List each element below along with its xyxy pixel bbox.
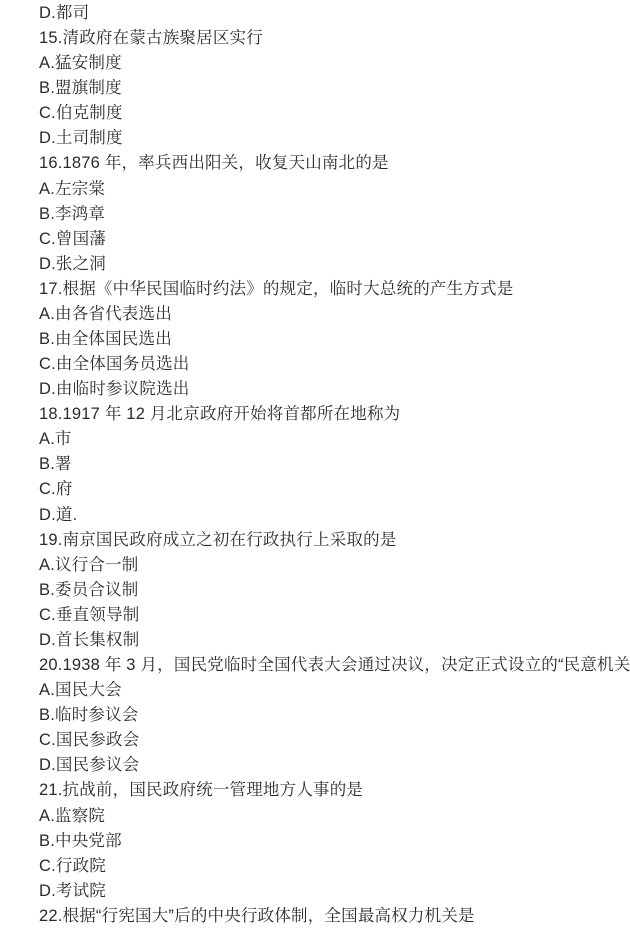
option-line: D.都司 xyxy=(39,1,630,26)
option-line: B.李鸿章 xyxy=(39,202,630,227)
option-line: B.署 xyxy=(39,452,630,477)
option-line: C.垂直领导制 xyxy=(39,603,630,628)
option-line: C.行政院 xyxy=(39,854,630,879)
question-stem: 17.根据《中华民国临时约法》的规定，临时大总统的产生方式是 xyxy=(39,277,630,302)
option-line: D.考试院 xyxy=(39,879,630,904)
question-stem: 21.抗战前，国民政府统一管理地方人事的是 xyxy=(39,778,630,803)
option-line: A.国民大会 xyxy=(39,678,630,703)
question-stem: 22.根据“行宪国大”后的中央行政体制，全国最高权力机关是 xyxy=(39,904,630,929)
option-line: D.国民参议会 xyxy=(39,753,630,778)
option-line: B.盟旗制度 xyxy=(39,76,630,101)
option-line: C.国民参政会 xyxy=(39,728,630,753)
question-stem: 19.南京国民政府成立之初在行政执行上采取的是 xyxy=(39,528,630,553)
option-line: A.猛安制度 xyxy=(39,51,630,76)
exam-document-page: D.都司15.清政府在蒙古族聚居区实行A.猛安制度B.盟旗制度C.伯克制度D.土… xyxy=(0,0,630,929)
option-line: B.由全体国民选出 xyxy=(39,327,630,352)
option-line: A.监察院 xyxy=(39,804,630,829)
option-line: C.府 xyxy=(39,477,630,502)
option-line: D.由临时参议院选出 xyxy=(39,377,630,402)
option-line: C.由全体国务员选出 xyxy=(39,352,630,377)
option-line: A.议行合一制 xyxy=(39,553,630,578)
question-stem: 20.1938 年 3 月，国民党临时全国代表大会通过决议，决定正式设立的“民意… xyxy=(39,653,630,678)
option-line: C.伯克制度 xyxy=(39,101,630,126)
option-line: B.临时参议会 xyxy=(39,703,630,728)
option-line: B.中央党部 xyxy=(39,829,630,854)
option-line: B.委员合议制 xyxy=(39,578,630,603)
question-stem: 16.1876 年，率兵西出阳关，收复天山南北的是 xyxy=(39,151,630,176)
question-list: D.都司15.清政府在蒙古族聚居区实行A.猛安制度B.盟旗制度C.伯克制度D.土… xyxy=(0,0,630,929)
option-line: A.左宗棠 xyxy=(39,177,630,202)
option-line: A.由各省代表选出 xyxy=(39,302,630,327)
option-line: D.道. xyxy=(39,503,630,528)
option-line: A.市 xyxy=(39,427,630,452)
question-stem: 18.1917 年 12 月北京政府开始将首都所在地称为 xyxy=(39,402,630,427)
option-line: D.土司制度 xyxy=(39,126,630,151)
question-stem: 15.清政府在蒙古族聚居区实行 xyxy=(39,26,630,51)
option-line: C.曾国藩 xyxy=(39,227,630,252)
option-line: D.张之洞 xyxy=(39,252,630,277)
option-line: D.首长集权制 xyxy=(39,628,630,653)
